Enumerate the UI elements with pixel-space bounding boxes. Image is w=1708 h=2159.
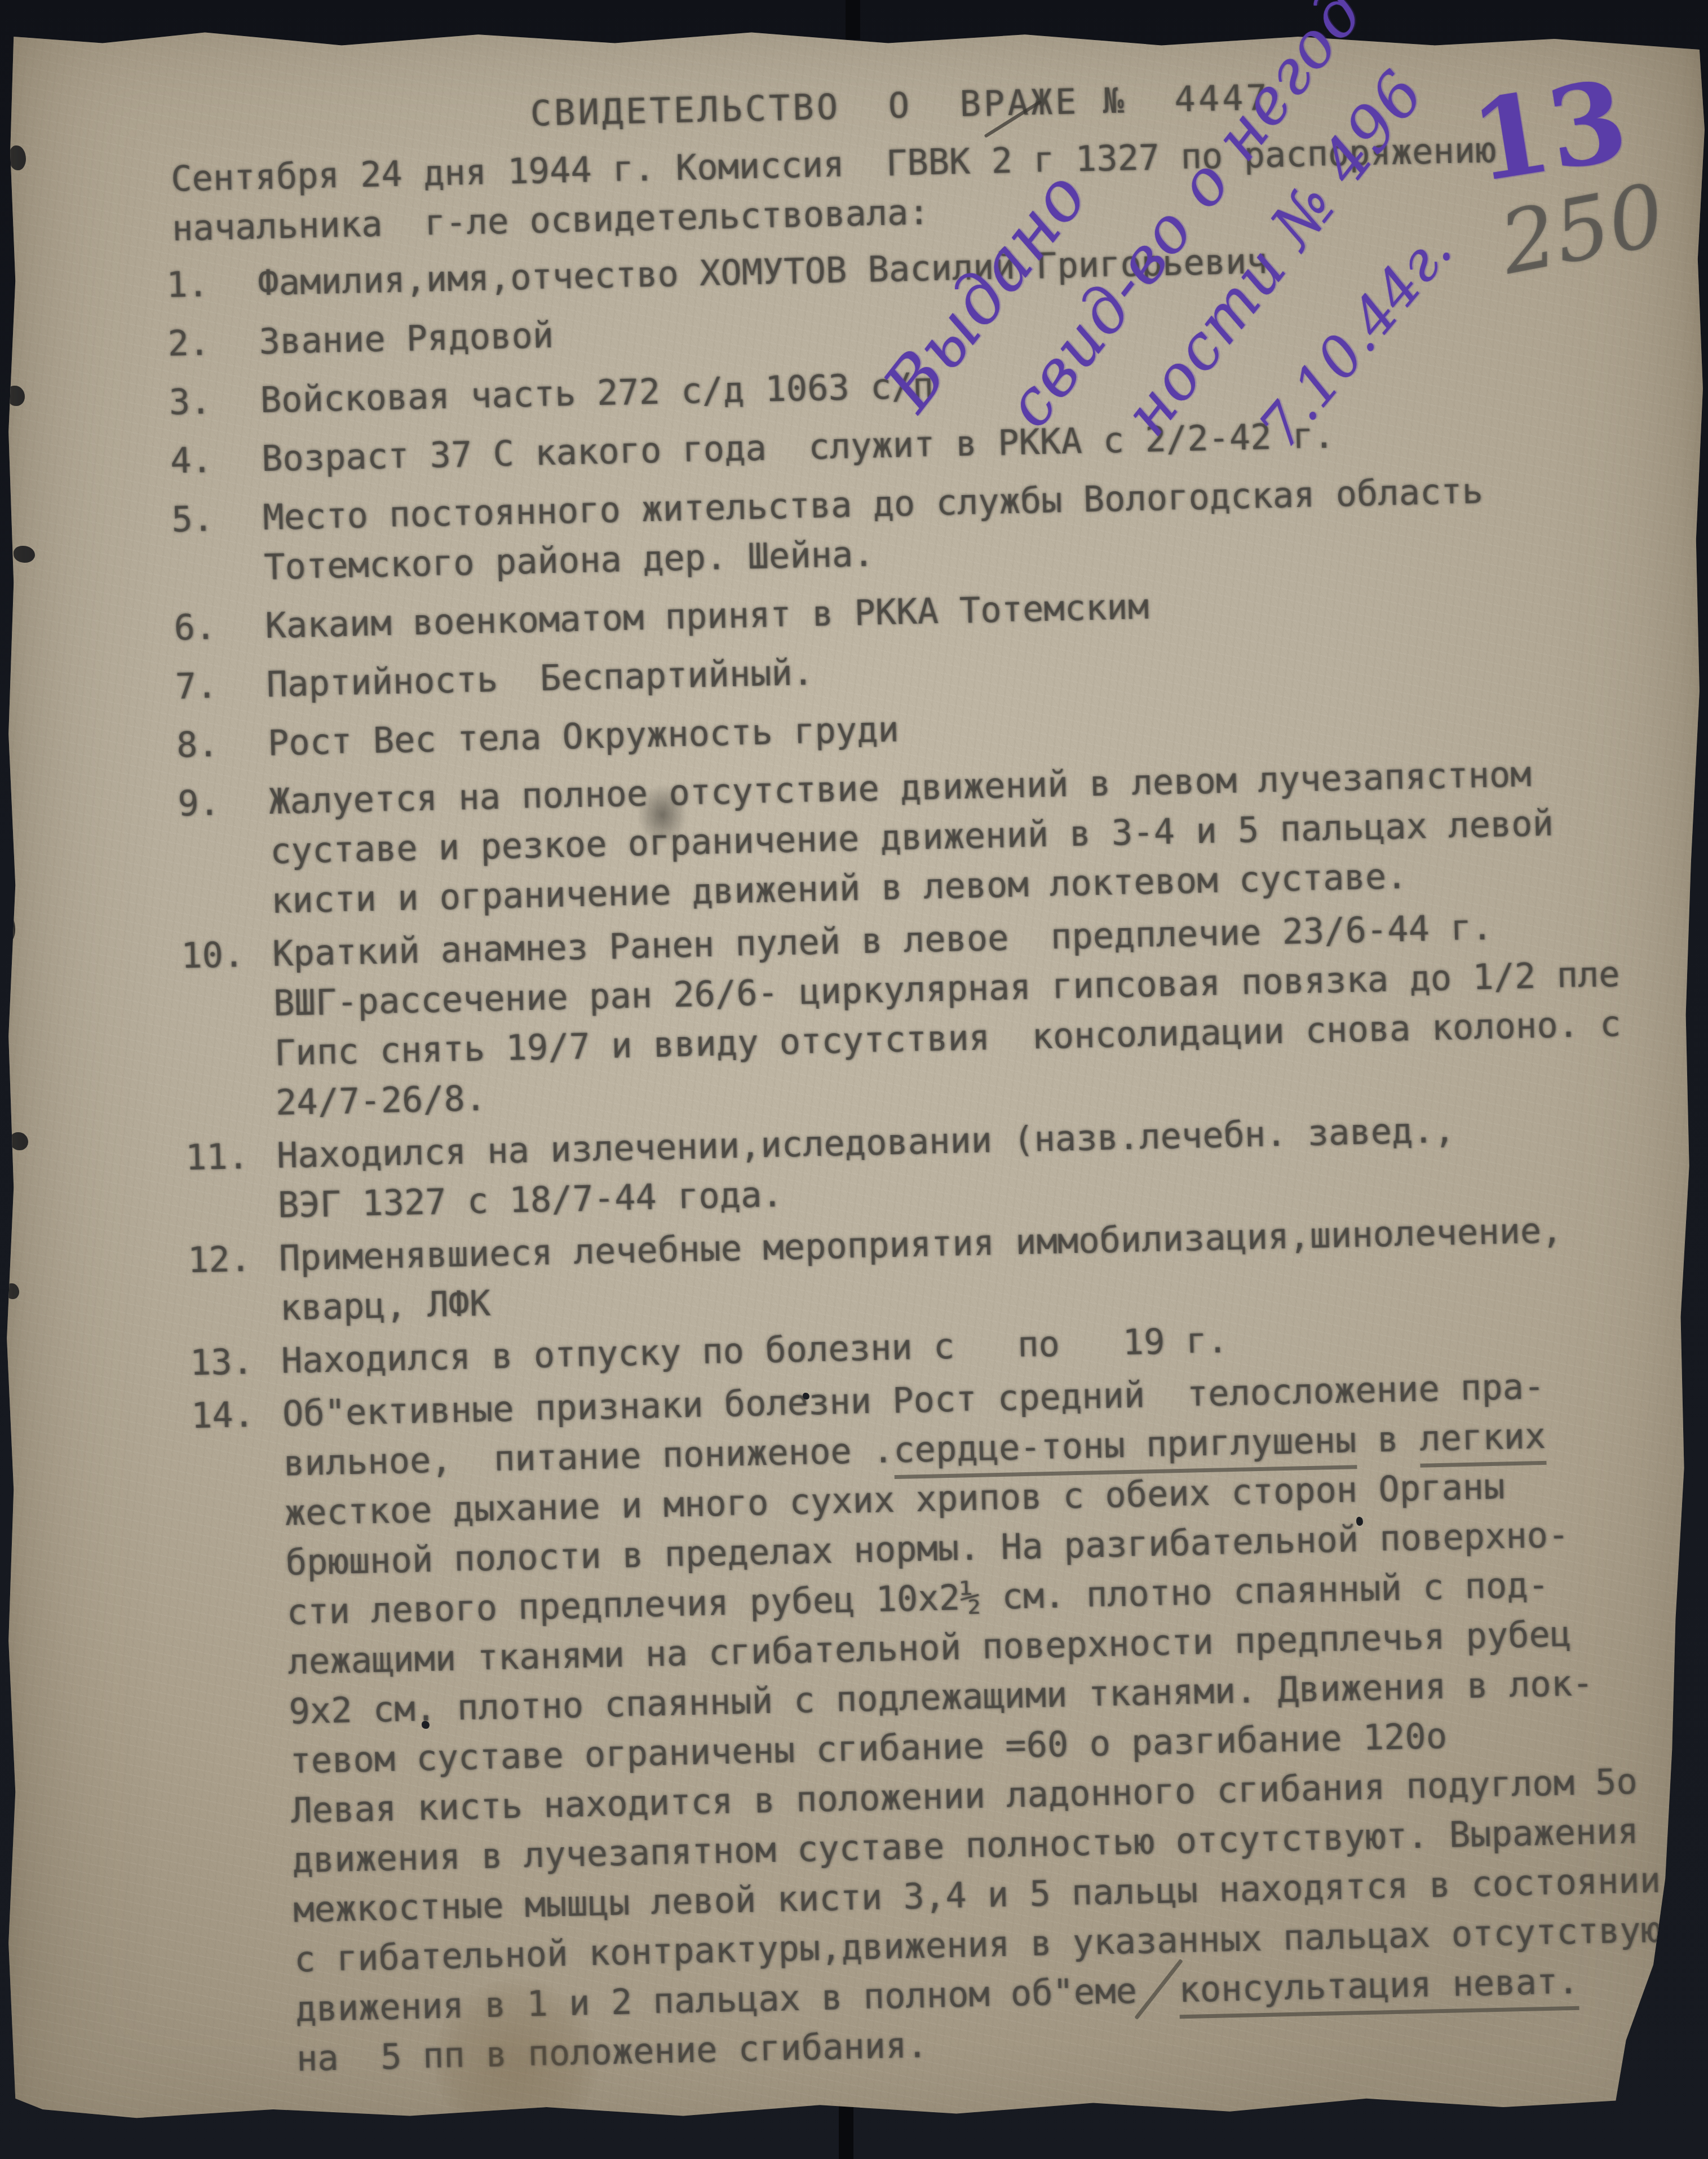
typed-line: кварц, ЛФК (280, 1252, 1706, 1333)
item-number: 6. (174, 602, 217, 653)
intro-line: начальника г-ле освидетельствовала: (171, 171, 1683, 253)
typed-line: ВЭГ 1327 с 18/7-44 года. (277, 1150, 1704, 1230)
item-number: 4. (170, 435, 213, 486)
typed-line: Какаим военкоматом принят в РККА Тотемск… (265, 570, 1692, 651)
item-9: 9.Жалуется на полное отсутствие движений… (172, 746, 1697, 928)
pencil-underlined-text: сердце-тоны приглушены (893, 1419, 1357, 1479)
typed-line: движения в 1 и 2 пальцах в полном об"еме… (295, 1953, 1708, 2034)
item-11: 11.Находился на излечении,иследовании (н… (180, 1100, 1704, 1233)
item-number: 8. (176, 719, 219, 770)
typed-line: 24/7-26/8. (275, 1047, 1702, 1128)
edge-mark (10, 1132, 28, 1150)
typed-line: Жалуется на полное отсутствие движений в… (268, 746, 1695, 827)
item-number: 14. (191, 1390, 255, 1441)
typed-line: Об"ективные признаки болезни Рост средни… (282, 1358, 1708, 1439)
item-number: 3. (169, 377, 212, 427)
typed-line: брюшной полости в пределах нормы. На раз… (285, 1507, 1708, 1587)
pencil-underlined-text: консультация неват. (1179, 1961, 1579, 2019)
typed-line: движения в лучезапятном суставе полность… (291, 1804, 1708, 1885)
typed-line: Левая кисть находится в положении ладонн… (290, 1755, 1708, 1835)
typed-line: лежащими тканями на сгибательной поверхн… (287, 1606, 1708, 1686)
item-number: 13. (189, 1337, 254, 1388)
edge-mark (9, 145, 26, 170)
item-7: 7.Партийность Беспартийный. (170, 629, 1693, 712)
typed-line: Краткий анамнез Ранен пулей в левое пред… (272, 898, 1698, 979)
typed-line: Находился на излечении,иследовании (назв… (276, 1100, 1703, 1181)
document-title: СВИДЕТЕЛЬСТВО О ВРАЖЕ № 4447 (158, 64, 1680, 147)
typed-line: вильное, питание пониженое .сердце-тоны … (283, 1408, 1708, 1489)
edge-mark (7, 386, 25, 406)
item-14: 14.Об"ективные признаки болезни Рост сре… (186, 1358, 1708, 2086)
dirt-fleck (1356, 1517, 1363, 1526)
ink-blot (637, 784, 688, 846)
typed-line: межкостные мышцы левой кисти 3,4 и 5 пал… (293, 1854, 1708, 1935)
edge-mark (14, 546, 35, 563)
scanner-backing-artifact-top (846, 0, 860, 39)
typed-line: Возраст 37 С какого года служит в РККА с… (261, 403, 1688, 484)
typed-line: жесткое дыхание и много сухих хрипов с о… (284, 1458, 1708, 1538)
item-number: 2. (167, 318, 211, 369)
scanned-certificate-page: СВИДЕТЕЛЬСТВО О ВРАЖЕ № 4447 Сентября 24… (0, 0, 1708, 2159)
typed-line: ВШГ-рассечение ран 26/6- циркулярная гип… (273, 948, 1700, 1028)
item-6: 6.Какаим военкоматом принят в РККА Тотем… (169, 570, 1692, 653)
pencil-underlined-text: легких (1419, 1415, 1546, 1468)
typed-line: 9х2 см. плотно спаянный с подлежащими тк… (289, 1655, 1708, 1736)
edge-mark (2, 221, 14, 237)
document-paper: СВИДЕТЕЛЬСТВО О ВРАЖЕ № 4447 Сентября 24… (0, 0, 1708, 2159)
item-number: 11. (185, 1132, 249, 1182)
typed-line: Находился в отпуску по болезни с по 19 г… (281, 1305, 1707, 1386)
intro-line: Сентября 24 дня 1944 г. Комиссия ГВВК 2 … (170, 121, 1682, 204)
item-number: 1. (166, 259, 209, 310)
typed-line: сти левого предплечия рубец 10х2½ см. пл… (286, 1556, 1708, 1637)
item-number: 9. (177, 778, 220, 829)
typed-line: Гипс снять 19/7 и ввиду отсутствия консо… (274, 997, 1701, 1078)
typed-line: Рост Вес тела Окружность груди (267, 687, 1694, 768)
item-12: 12.Применявшиеся лечебные мероприятия им… (183, 1203, 1706, 1335)
intro-paragraph: Сентября 24 дня 1944 г. Комиссия ГВВК 2 … (159, 121, 1683, 254)
item-number: 5. (171, 494, 214, 545)
typed-line: тевом суставе ограничены сгибание =60 о … (289, 1705, 1708, 1786)
typed-line: Место постоянного жительства до службы В… (262, 462, 1689, 542)
typed-line: Применявшиеся лечебные мероприятия иммоб… (278, 1203, 1705, 1283)
dirt-fleck (422, 1721, 430, 1729)
typed-line: суставе и резкое ограничение движений в … (269, 796, 1696, 876)
paper-stain (434, 1979, 598, 2143)
item-8: 8.Рост Вес тела Окружность груди (171, 687, 1694, 770)
dirt-fleck (803, 1393, 809, 1399)
item-number: 7. (175, 661, 218, 712)
numbered-items: 1.Фамилия,имя,отчество ХОМУТОВ Василий Г… (161, 227, 1708, 2086)
typed-line: с гибательной контрактуры,движения в ука… (294, 1904, 1708, 1984)
item-number: 12. (187, 1234, 251, 1285)
typed-line: Тотемского района дер. Шейна. (263, 511, 1690, 592)
typed-line: Партийность Беспартийный. (266, 629, 1693, 709)
item-5: 5.Место постоянного жительства до службы… (166, 462, 1690, 594)
item-10: 10.Краткий анамнез Ранен пулей в левое п… (176, 898, 1702, 1130)
item-13: 13.Находился в отпуску по болезни с по 1… (185, 1305, 1707, 1388)
edge-mark (6, 1283, 19, 1299)
item-number: 10. (180, 930, 245, 981)
typed-line: на 5 пп в положение сгибания. (296, 2003, 1708, 2083)
typed-line: кисти и ограничение движений в левом лок… (271, 845, 1697, 926)
edge-mark (3, 915, 15, 942)
